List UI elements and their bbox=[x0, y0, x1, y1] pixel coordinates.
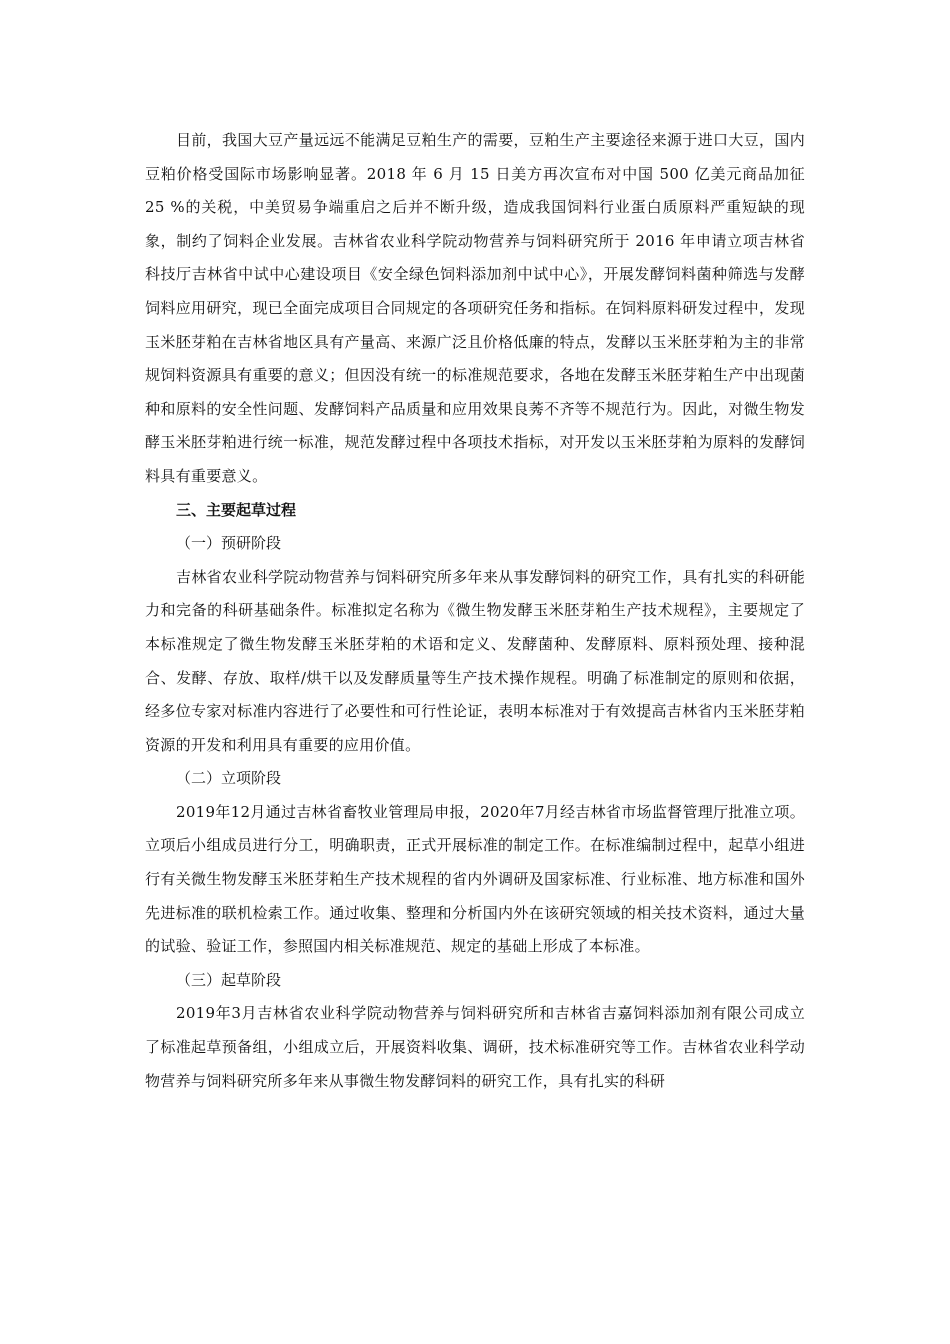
section-heading-drafting-process: 三、主要起草过程 bbox=[145, 494, 805, 528]
paragraph-drafting: 2019年3月吉林省农业科学院动物营养与饲料研究所和吉林省吉嘉饲料添加剂有限公司… bbox=[145, 997, 805, 1098]
subheading-project-approval: （二）立项阶段 bbox=[145, 762, 805, 796]
document-page: 目前，我国大豆产量远远不能满足豆粕生产的需要，豆粕生产主要途径来源于进口大豆，国… bbox=[145, 124, 805, 1098]
subheading-drafting: （三）起草阶段 bbox=[145, 964, 805, 998]
paragraph-project-approval: 2019年12月通过吉林省畜牧业管理局申报，2020年7月经吉林省市场监督管理厅… bbox=[145, 796, 805, 964]
subheading-pre-research: （一）预研阶段 bbox=[145, 527, 805, 561]
paragraph-pre-research: 吉林省农业科学院动物营养与饲料研究所多年来从事发酵饲料的研究工作，具有扎实的科研… bbox=[145, 561, 805, 763]
paragraph-background: 目前，我国大豆产量远远不能满足豆粕生产的需要，豆粕生产主要途径来源于进口大豆，国… bbox=[145, 124, 805, 494]
